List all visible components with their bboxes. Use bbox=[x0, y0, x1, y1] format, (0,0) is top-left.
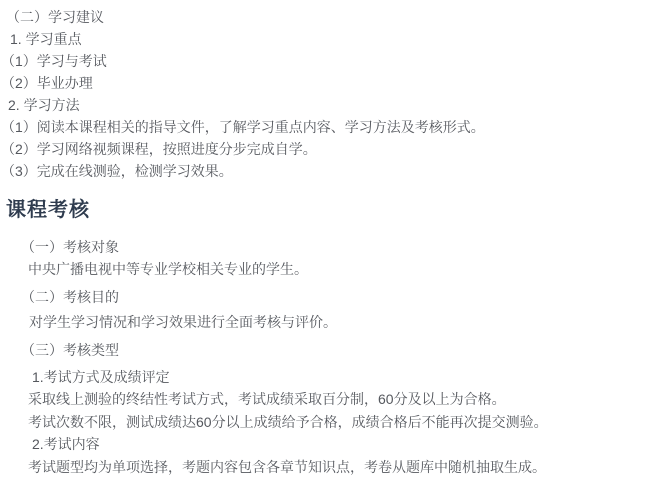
outline-item-method-2: （2）学习网络视频课程，按照进度分步完成自学。 bbox=[0, 138, 645, 160]
outline-item-study-focus: 1. 学习重点 bbox=[0, 28, 645, 50]
exam-method-label: 1.考试方式及成绩评定 bbox=[0, 366, 645, 388]
assessment-purpose-label: （二）考核目的 bbox=[0, 286, 645, 308]
course-assessment-body: （一）考核对象 中央广播电视中等专业学校相关专业的学生。 （二）考核目的 对学生… bbox=[0, 236, 645, 478]
exam-method-text-2: 考试次数不限，测试成绩达60分以上成绩给予合格，成绩合格后不能再次提交测验。 bbox=[0, 411, 645, 433]
learning-advice-outline: （二）学习建议 1. 学习重点 （1）学习与考试 （2）毕业办理 2. 学习方法… bbox=[0, 0, 645, 182]
outline-item-method-1: （1）阅读本课程相关的指导文件，了解学习重点内容、学习方法及考核形式。 bbox=[0, 116, 645, 138]
assessment-target-text: 中央广播电视中等专业学校相关专业的学生。 bbox=[0, 258, 645, 280]
outline-item-study-advice: （二）学习建议 bbox=[0, 6, 645, 28]
document-page: （二）学习建议 1. 学习重点 （1）学习与考试 （2）毕业办理 2. 学习方法… bbox=[0, 0, 645, 482]
exam-content-label: 2.考试内容 bbox=[0, 433, 645, 455]
assessment-purpose-text: 对学生学习情况和学习效果进行全面考核与评价。 bbox=[0, 311, 645, 333]
exam-content-text: 考试题型均为单项选择，考题内容包含各章节知识点，考卷从题库中随机抽取生成。 bbox=[0, 456, 645, 478]
course-assessment-heading: 课程考核 bbox=[0, 197, 645, 223]
assessment-type-label: （三）考核类型 bbox=[0, 339, 645, 361]
outline-item-method-3: （3）完成在线测验，检测学习效果。 bbox=[0, 160, 645, 182]
outline-item-study-and-exam: （1）学习与考试 bbox=[0, 50, 645, 72]
outline-item-graduation: （2）毕业办理 bbox=[0, 72, 645, 94]
exam-method-text-1: 采取线上测验的终结性考试方式，考试成绩采取百分制，60分及以上为合格。 bbox=[0, 388, 645, 410]
outline-item-study-method: 2. 学习方法 bbox=[0, 94, 645, 116]
assessment-target-label: （一）考核对象 bbox=[0, 236, 645, 258]
